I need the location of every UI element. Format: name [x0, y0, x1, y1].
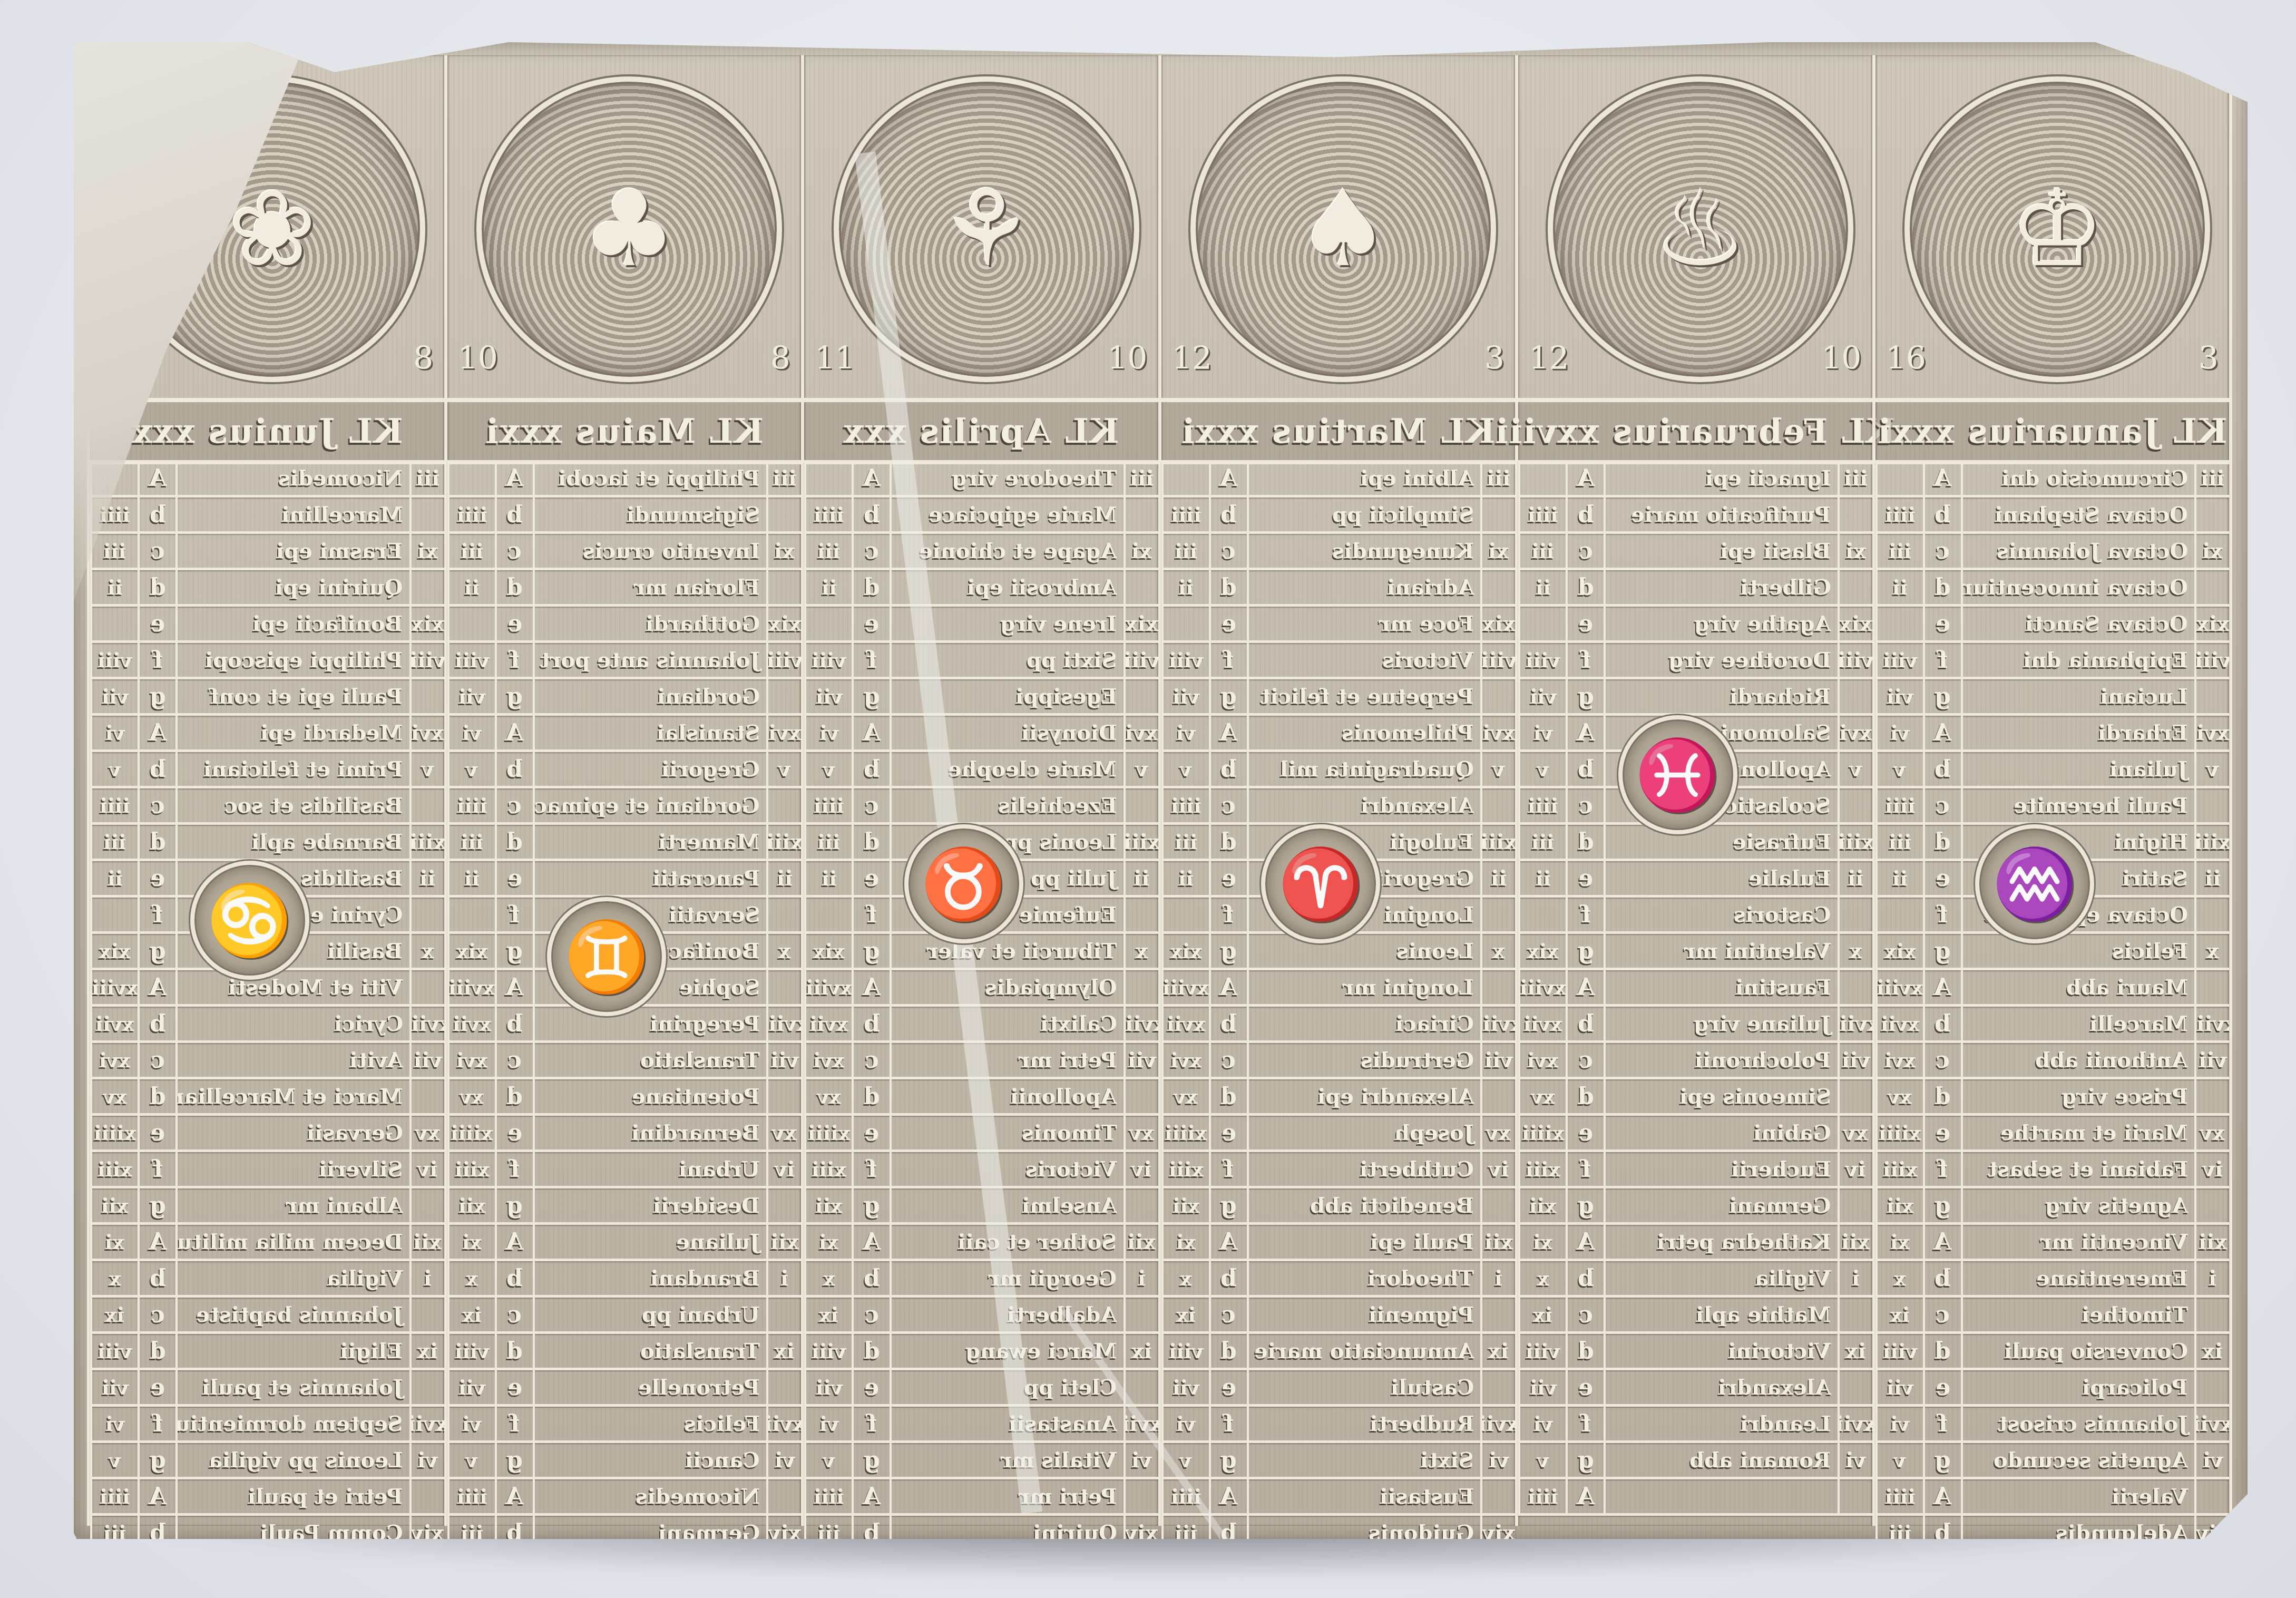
dominical-letter: b — [506, 1010, 523, 1037]
roman-day-cell: iiii — [804, 1479, 852, 1513]
saint-name-cell: Desiderii — [533, 1188, 767, 1222]
dominical-letter-cell: f — [852, 1152, 890, 1186]
roman-day-cell: vii — [447, 679, 495, 713]
month-header: KL Maius xxxi — [447, 398, 802, 464]
saint-name-cell: Inventio crucis — [533, 534, 767, 568]
roman-day-cell: xi — [447, 1225, 495, 1259]
saint-name-cell: Alexandri epi — [1247, 1079, 1481, 1113]
golden-number-cell — [2194, 570, 2229, 604]
roman-day-cell — [1161, 898, 1209, 931]
dominical-letter-cell: b — [1923, 1516, 1961, 1539]
zodiac-aries-icon: ♈ — [1261, 824, 1380, 943]
golden-number: xiii — [1123, 830, 1158, 854]
roman-day: xii — [458, 1194, 486, 1217]
saint-name-cell: Luciani — [1961, 679, 2195, 713]
roman-day-cell: x — [90, 1261, 138, 1295]
dominical-letter-cell: A — [1923, 716, 1961, 749]
golden-number: xix — [1482, 611, 1515, 636]
golden-number: vii — [1842, 1048, 1870, 1073]
roman-day: xv — [460, 1085, 484, 1108]
dominical-letter: d — [150, 574, 166, 601]
golden-number-cell: vi — [409, 1443, 444, 1477]
dominical-letter-cell: f — [852, 643, 890, 677]
dominical-letter: b — [864, 1010, 880, 1037]
dominical-letter-cell: g — [138, 1188, 175, 1222]
golden-number: iv — [2203, 1157, 2223, 1182]
saint-name: Quirini — [1033, 1521, 1117, 1539]
day-row: fCastoris — [1518, 898, 1872, 934]
roman-day-cell: iiii — [1161, 498, 1209, 531]
saint-name: Florian mr — [634, 575, 760, 600]
dominical-letter-cell: g — [852, 679, 890, 713]
roman-day-cell: ii — [804, 861, 852, 895]
saint-name: Petri et pauli — [248, 1484, 403, 1509]
roman-day: iiii — [814, 794, 844, 817]
roman-day: xvi — [1527, 1048, 1558, 1072]
dominical-letter-cell: b — [852, 498, 890, 531]
golden-number-cell: xix — [409, 607, 444, 640]
golden-number-cell: xvii — [2194, 1407, 2229, 1440]
month-header-label: KL Aprilis xxx — [843, 412, 1119, 451]
dominical-letter: b — [1934, 501, 1951, 528]
golden-number-cell — [409, 1479, 444, 1513]
golden-number: xix — [1839, 611, 1872, 636]
roman-day-cell: iii — [804, 825, 852, 859]
day-row: viAErhardixvi — [1875, 716, 2230, 752]
golden-number-cell — [1480, 1479, 1515, 1513]
dominical-letter: c — [507, 792, 522, 819]
dominical-letter: g — [1934, 938, 1951, 964]
golden-number-cell: xvi — [766, 716, 801, 749]
saint-name: Blasii epi — [1720, 539, 1831, 563]
roman-day: xvii — [95, 1012, 134, 1036]
saint-name: Brandani — [650, 1266, 760, 1291]
dominical-letter: e — [1222, 610, 1236, 637]
dominical-letter-cell: c — [495, 1043, 533, 1077]
golden-number-cell: v — [409, 752, 444, 786]
day-row: xiASother et caiixii — [804, 1225, 1158, 1261]
saint-name: Kathedra petri — [1657, 1230, 1831, 1254]
saint-name-cell: Marci et Marcelliani — [175, 1079, 409, 1113]
golden-number: xvii — [1838, 1411, 1872, 1436]
dominical-letter-cell: c — [1209, 788, 1247, 822]
roman-day-cell: x — [1161, 1261, 1209, 1295]
printing-block: ❀188KL Junius xxxANicomedisiiiiiiibMarce… — [74, 42, 2248, 1539]
golden-number: xviii — [409, 1011, 444, 1036]
dominical-letter-cell: e — [1923, 1116, 1961, 1149]
dominical-letter: d — [506, 574, 523, 601]
dominical-letter: b — [1220, 1265, 1237, 1292]
roman-day: iiii — [1171, 503, 1201, 527]
day-row: iidQuirini epi — [90, 570, 444, 607]
golden-number-cell: xv — [1123, 1116, 1158, 1149]
day-row: xiiiieGervasiixv — [90, 1116, 444, 1152]
roman-day-cell: xiiii — [90, 1116, 138, 1149]
dominical-letter: f — [1581, 901, 1591, 928]
dominical-letter: d — [506, 829, 523, 855]
dominical-letter: d — [1578, 1083, 1594, 1110]
roman-day: x — [1180, 1266, 1192, 1290]
roman-day-cell: iiii — [1161, 788, 1209, 822]
month-header: KL Januarius xxxi — [1875, 398, 2230, 464]
day-row: xiigDesiderii — [447, 1188, 802, 1225]
golden-number: xv — [1129, 1120, 1154, 1145]
roman-day: vii — [458, 1376, 485, 1399]
dominical-letter: e — [507, 610, 522, 637]
roman-day-cell: viii — [1875, 1334, 1923, 1368]
saint-name-cell: Brandani — [533, 1261, 767, 1295]
saint-name: Desiderii — [653, 1193, 760, 1218]
saint-name: Guidonis — [1369, 1521, 1474, 1539]
golden-number: i — [1138, 1266, 1146, 1291]
saint-name-cell: Conversio pauli — [1961, 1334, 2195, 1368]
dominical-letter: e — [864, 865, 879, 892]
saint-name: Calixti — [1040, 1011, 1117, 1036]
roman-day-cell: vi — [90, 716, 138, 749]
golden-number-cell: xix — [2194, 607, 2229, 640]
dominical-letter: A — [505, 1483, 523, 1510]
dominical-letter-cell: e — [1566, 861, 1604, 895]
roman-day: xi — [105, 1230, 124, 1254]
dominical-letter: c — [507, 1047, 522, 1074]
saint-name-cell: Vincentii mr — [1961, 1225, 2195, 1259]
roman-day: x — [823, 1266, 835, 1290]
roman-day: vii — [816, 1376, 843, 1399]
dominical-letter: g — [506, 1447, 523, 1474]
roman-day-cell: iii — [1875, 1516, 1923, 1539]
roman-day-cell: iii — [1161, 825, 1209, 859]
golden-number-cell — [766, 1370, 801, 1404]
roman-day: xviii — [1162, 976, 1208, 999]
roman-day-cell: ix — [1875, 1298, 1923, 1331]
day-row: xviiiAFaustini — [1518, 970, 1872, 1007]
saint-name: Cyrici — [334, 1011, 403, 1036]
saint-name-cell: Purificatio marie — [1604, 498, 1838, 531]
day-row: xviiiAOlympiadis — [804, 970, 1158, 1007]
golden-number: ix — [1845, 1339, 1866, 1363]
dominical-letter-cell: f — [495, 1407, 533, 1440]
day-row: xiAVincentii mrxii — [1875, 1225, 2230, 1261]
saint-name: Julii pp — [1031, 866, 1117, 891]
saint-name-cell: Comm Pauli — [175, 1516, 409, 1539]
saint-name-cell: Eustasii — [1247, 1479, 1481, 1513]
dominical-letter: e — [864, 1374, 879, 1401]
day-row: xvdMarci et Marcelliani — [90, 1079, 444, 1116]
golden-number: v — [2206, 757, 2219, 782]
golden-number-cell — [2194, 679, 2229, 713]
roman-day-cell: vii — [1518, 1370, 1566, 1404]
dominical-letter-cell: g — [1923, 934, 1961, 968]
golden-number-cell: iii — [1123, 461, 1158, 495]
saint-name-cell: Juliani — [1961, 752, 2195, 786]
golden-number-cell: ii — [1838, 861, 1872, 895]
saint-name-cell: Fabiani et sebast — [1961, 1152, 2195, 1186]
saint-name-cell: Mamerti — [533, 825, 767, 859]
day-row: iiiiAPetri et pauli — [90, 1479, 444, 1516]
day-row: APhilippi et iacobiiii — [447, 461, 802, 498]
roman-day-cell: xix — [1161, 934, 1209, 968]
golden-number-cell: iv — [1123, 1152, 1158, 1186]
saint-name-cell: Theodore virg — [890, 461, 1123, 495]
saint-name-cell: Marie cleophe — [890, 752, 1123, 786]
dominical-letter-cell: b — [495, 752, 533, 786]
dominical-letter-cell: c — [852, 534, 890, 568]
golden-number-cell: xiii — [1480, 825, 1515, 859]
saint-name: Albini epi — [1360, 466, 1474, 491]
roman-day-cell: ii — [804, 570, 852, 604]
day-row: vifSeptem dormientiumxvii — [90, 1407, 444, 1443]
dominical-letter: g — [506, 683, 523, 710]
saint-name: Alexandri — [1718, 1375, 1831, 1400]
dominical-letter: A — [505, 465, 523, 492]
roman-day-cell: iiii — [447, 498, 495, 531]
dominical-letter-cell: g — [1923, 1443, 1961, 1477]
golden-number-cell: xv — [2194, 1116, 2229, 1149]
golden-number-cell — [409, 1370, 444, 1404]
saint-name-cell: Felicis — [533, 1407, 767, 1440]
day-row: xbVigiliai — [90, 1261, 444, 1298]
roman-day-cell: iiii — [1518, 498, 1566, 531]
roman-day: iiii — [814, 1485, 844, 1508]
saint-name: Medardi epi — [260, 720, 403, 745]
dominical-letter-cell: g — [495, 934, 533, 968]
roman-day-cell: xvi — [804, 1043, 852, 1077]
day-row: iiiibSigismundi — [447, 498, 802, 534]
roman-day: vii — [1173, 1376, 1199, 1399]
roman-day: vii — [1530, 685, 1557, 708]
roman-day: xix — [99, 939, 131, 963]
day-row: iidOctava innocentium — [1875, 570, 2230, 607]
saint-name-cell: Anastasii — [890, 1407, 1123, 1440]
dominical-letter-cell: A — [495, 461, 533, 495]
dominical-letter-cell: e — [1209, 861, 1247, 895]
saint-name: Felicis — [684, 1411, 760, 1436]
golden-number: ii — [2205, 866, 2221, 891]
roman-day: v — [1537, 1448, 1549, 1472]
dominical-letter: A — [149, 719, 167, 746]
dominical-letter-cell: g — [495, 1188, 533, 1222]
corner-number: 12 — [1172, 340, 1212, 377]
saint-name-cell: Translatio — [533, 1334, 767, 1368]
roman-day-cell: xii — [1161, 1188, 1209, 1222]
golden-number-cell: xviii — [2194, 1007, 2229, 1040]
roman-day-cell: iii — [1161, 534, 1209, 568]
golden-number: viii — [1838, 648, 1872, 673]
dominical-letter: e — [1578, 610, 1593, 637]
dominical-letter: g — [1578, 1192, 1594, 1219]
day-row: xviibJuliane virgxviii — [1518, 1007, 1872, 1043]
saint-name-cell: Castuli — [1247, 1370, 1481, 1404]
saint-name-cell: Septem dormientium — [175, 1407, 409, 1440]
golden-number-cell: i — [2194, 1261, 2229, 1295]
saint-name-cell: Juliane virg — [1604, 1007, 1838, 1040]
saint-name-cell: Prisce virg — [1961, 1079, 2195, 1113]
saint-name-cell: Gordiani et epimachi — [533, 788, 767, 822]
roman-day-cell: ix — [1518, 1298, 1566, 1331]
dominical-letter-cell: g — [1209, 1188, 1247, 1222]
saint-name-cell: Marii et marthe — [1961, 1116, 2195, 1149]
roman-day: viii — [812, 648, 846, 672]
dominical-letter-cell: A — [852, 1479, 890, 1513]
roman-day: xiiii — [94, 1121, 136, 1145]
dominical-letter-cell: e — [1923, 861, 1961, 895]
dominical-letter-cell: g — [1566, 934, 1604, 968]
roman-day: ix — [1176, 1303, 1196, 1327]
golden-number-cell: xiii — [1838, 825, 1872, 859]
dominical-letter-cell: A — [852, 970, 890, 1004]
saint-name: Sixti pp — [1027, 648, 1117, 673]
dominical-letter: c — [865, 1047, 879, 1074]
day-row: ixcTimothei — [1875, 1298, 2230, 1334]
roman-day-cell: vi — [1518, 1407, 1566, 1440]
zodiac-taurus-icon: ♉ — [904, 824, 1023, 943]
dominical-letter-cell: f — [495, 643, 533, 677]
day-row: vgSixtivi — [1161, 1443, 1516, 1479]
dominical-letter-cell: f — [852, 1407, 890, 1440]
roman-day-cell: xvi — [1875, 1043, 1923, 1077]
dominical-letter-cell: e — [852, 1370, 890, 1404]
saint-name: Erhardi — [2098, 720, 2188, 745]
golden-number: xiii — [409, 830, 444, 854]
saint-name-cell: Emerentiane — [1961, 1261, 2195, 1295]
roman-day-cell: v — [804, 752, 852, 786]
day-row: xvdPotentiane — [447, 1079, 802, 1116]
day-row: xbGeorgii mri — [804, 1261, 1158, 1298]
corner-number: 3 — [2199, 340, 2219, 377]
golden-number: xvi — [411, 720, 444, 745]
dominical-letter-cell: A — [138, 1225, 175, 1259]
dominical-letter-cell: A — [138, 1479, 175, 1513]
dominical-letter: c — [1936, 1301, 1950, 1328]
saint-name: Foce mr — [1379, 611, 1474, 636]
golden-number: ix — [417, 1339, 438, 1363]
golden-number-cell: i — [1123, 1261, 1158, 1295]
golden-number: xiii — [766, 830, 801, 854]
saint-name: Cleti pp — [1024, 1375, 1117, 1400]
saint-name: Cancii — [685, 1448, 760, 1473]
dominical-letter: b — [864, 501, 880, 528]
dominical-letter-cell: f — [1566, 1152, 1604, 1186]
saint-name-cell: Pauli heremite — [1961, 788, 2195, 822]
saint-name: Germani — [658, 1521, 760, 1539]
golden-number-cell: xi — [1123, 534, 1158, 568]
saint-name-cell: Calixti — [890, 1007, 1123, 1040]
golden-number-cell — [766, 788, 801, 822]
golden-number: xiii — [1480, 830, 1515, 854]
roman-day-cell: vii — [447, 1370, 495, 1404]
saint-name-cell: Octava Stephani — [1961, 498, 2195, 531]
roman-day-cell: xv — [1161, 1079, 1209, 1113]
roman-day-cell: xvii — [804, 1007, 852, 1040]
saint-name: Bonifacii — [653, 939, 760, 963]
golden-number-cell — [1838, 570, 1872, 604]
roman-day-cell: ii — [447, 570, 495, 604]
saint-name-cell: Circumcisio dni — [1961, 461, 2195, 495]
day-row: ixcUrbani pp — [447, 1298, 802, 1334]
golden-number-cell: xiii — [766, 825, 801, 859]
dominical-letter: f — [1224, 901, 1234, 928]
golden-number: vi — [417, 1448, 437, 1473]
roman-day-cell: iii — [90, 534, 138, 568]
saint-name-cell: Epiphania dni — [1961, 643, 2195, 677]
roman-day-cell: iii — [90, 825, 138, 859]
golden-number-cell: xvi — [2194, 716, 2229, 749]
golden-number-cell — [1480, 970, 1515, 1004]
dominical-letter-cell: A — [138, 970, 175, 1004]
roman-day-cell: iiii — [804, 788, 852, 822]
saint-name-cell: Gordiani — [533, 679, 767, 713]
golden-number-cell: i — [1480, 1261, 1515, 1295]
dominical-letter-cell: b — [852, 1007, 890, 1040]
roman-day: xvii — [1881, 1012, 1920, 1036]
dominical-letter-cell: d — [852, 570, 890, 604]
golden-number-cell — [1480, 679, 1515, 713]
dominical-letter: c — [1936, 1047, 1950, 1074]
roman-day-cell: x — [804, 1261, 852, 1295]
dominical-letter: c — [1222, 1047, 1236, 1074]
dominical-letter: f — [867, 1156, 877, 1183]
roman-day: viii — [455, 648, 489, 672]
golden-number-cell: ix — [409, 1334, 444, 1368]
day-row: xbEmerentianei — [1875, 1261, 2230, 1298]
saint-name-cell: Petronelle — [533, 1370, 767, 1404]
roman-day-cell: xix — [447, 934, 495, 968]
dominical-letter: g — [1578, 938, 1594, 964]
dominical-letter-cell: e — [495, 861, 533, 895]
dominical-letter-cell: c — [138, 788, 175, 822]
saint-name-cell: Gregorii — [533, 752, 767, 786]
golden-number-cell: iii — [766, 461, 801, 495]
dominical-letter: g — [1578, 1447, 1594, 1474]
golden-number-cell — [409, 498, 444, 531]
golden-number-cell — [766, 1479, 801, 1513]
saint-name: Simeonis epi — [1679, 1084, 1831, 1109]
dominical-letter-cell: d — [852, 825, 890, 859]
roman-day-cell: iii — [1518, 825, 1566, 859]
day-row: xvdPrisce virg — [1875, 1079, 2230, 1116]
roman-day-cell: vii — [1875, 679, 1923, 713]
saint-name: Sixti — [1420, 1448, 1474, 1473]
labour-of-month-roundel: ♣ — [476, 76, 782, 382]
golden-number-cell: xi — [409, 534, 444, 568]
dominical-letter: e — [1936, 865, 1950, 892]
golden-number-cell — [766, 570, 801, 604]
dominical-letter: d — [150, 1083, 166, 1110]
month-header-label: KL Januarius xxxi — [1877, 412, 2227, 451]
dominical-letter-cell: d — [1566, 1334, 1604, 1368]
dominical-letter: b — [506, 1265, 523, 1292]
roman-day: x — [1894, 1266, 1906, 1290]
golden-number: xviii — [766, 1011, 801, 1036]
dominical-letter: f — [510, 647, 520, 674]
roman-day: vi — [1176, 721, 1196, 745]
dominical-letter-cell: f — [1923, 1152, 1961, 1186]
dominical-letter-cell: c — [138, 1298, 175, 1331]
golden-number: x — [1492, 939, 1505, 963]
golden-number-cell: ii — [409, 861, 444, 895]
saint-name: Theodore virg — [952, 466, 1117, 491]
roman-day-cell: ii — [1875, 861, 1923, 895]
dominical-letter-cell: e — [138, 1370, 175, 1404]
saint-name-cell: Octava innocentium — [1961, 570, 2195, 604]
dominical-letter: e — [1936, 610, 1950, 637]
dominical-letter: f — [510, 1156, 520, 1183]
day-row: viigEgesippi — [804, 679, 1158, 716]
saint-name: Peregrini — [650, 1011, 760, 1036]
day-row: vgLeonis pp vigiliavi — [90, 1443, 444, 1479]
roman-day-cell: vi — [804, 1407, 852, 1440]
dominical-letter: A — [1577, 465, 1595, 492]
